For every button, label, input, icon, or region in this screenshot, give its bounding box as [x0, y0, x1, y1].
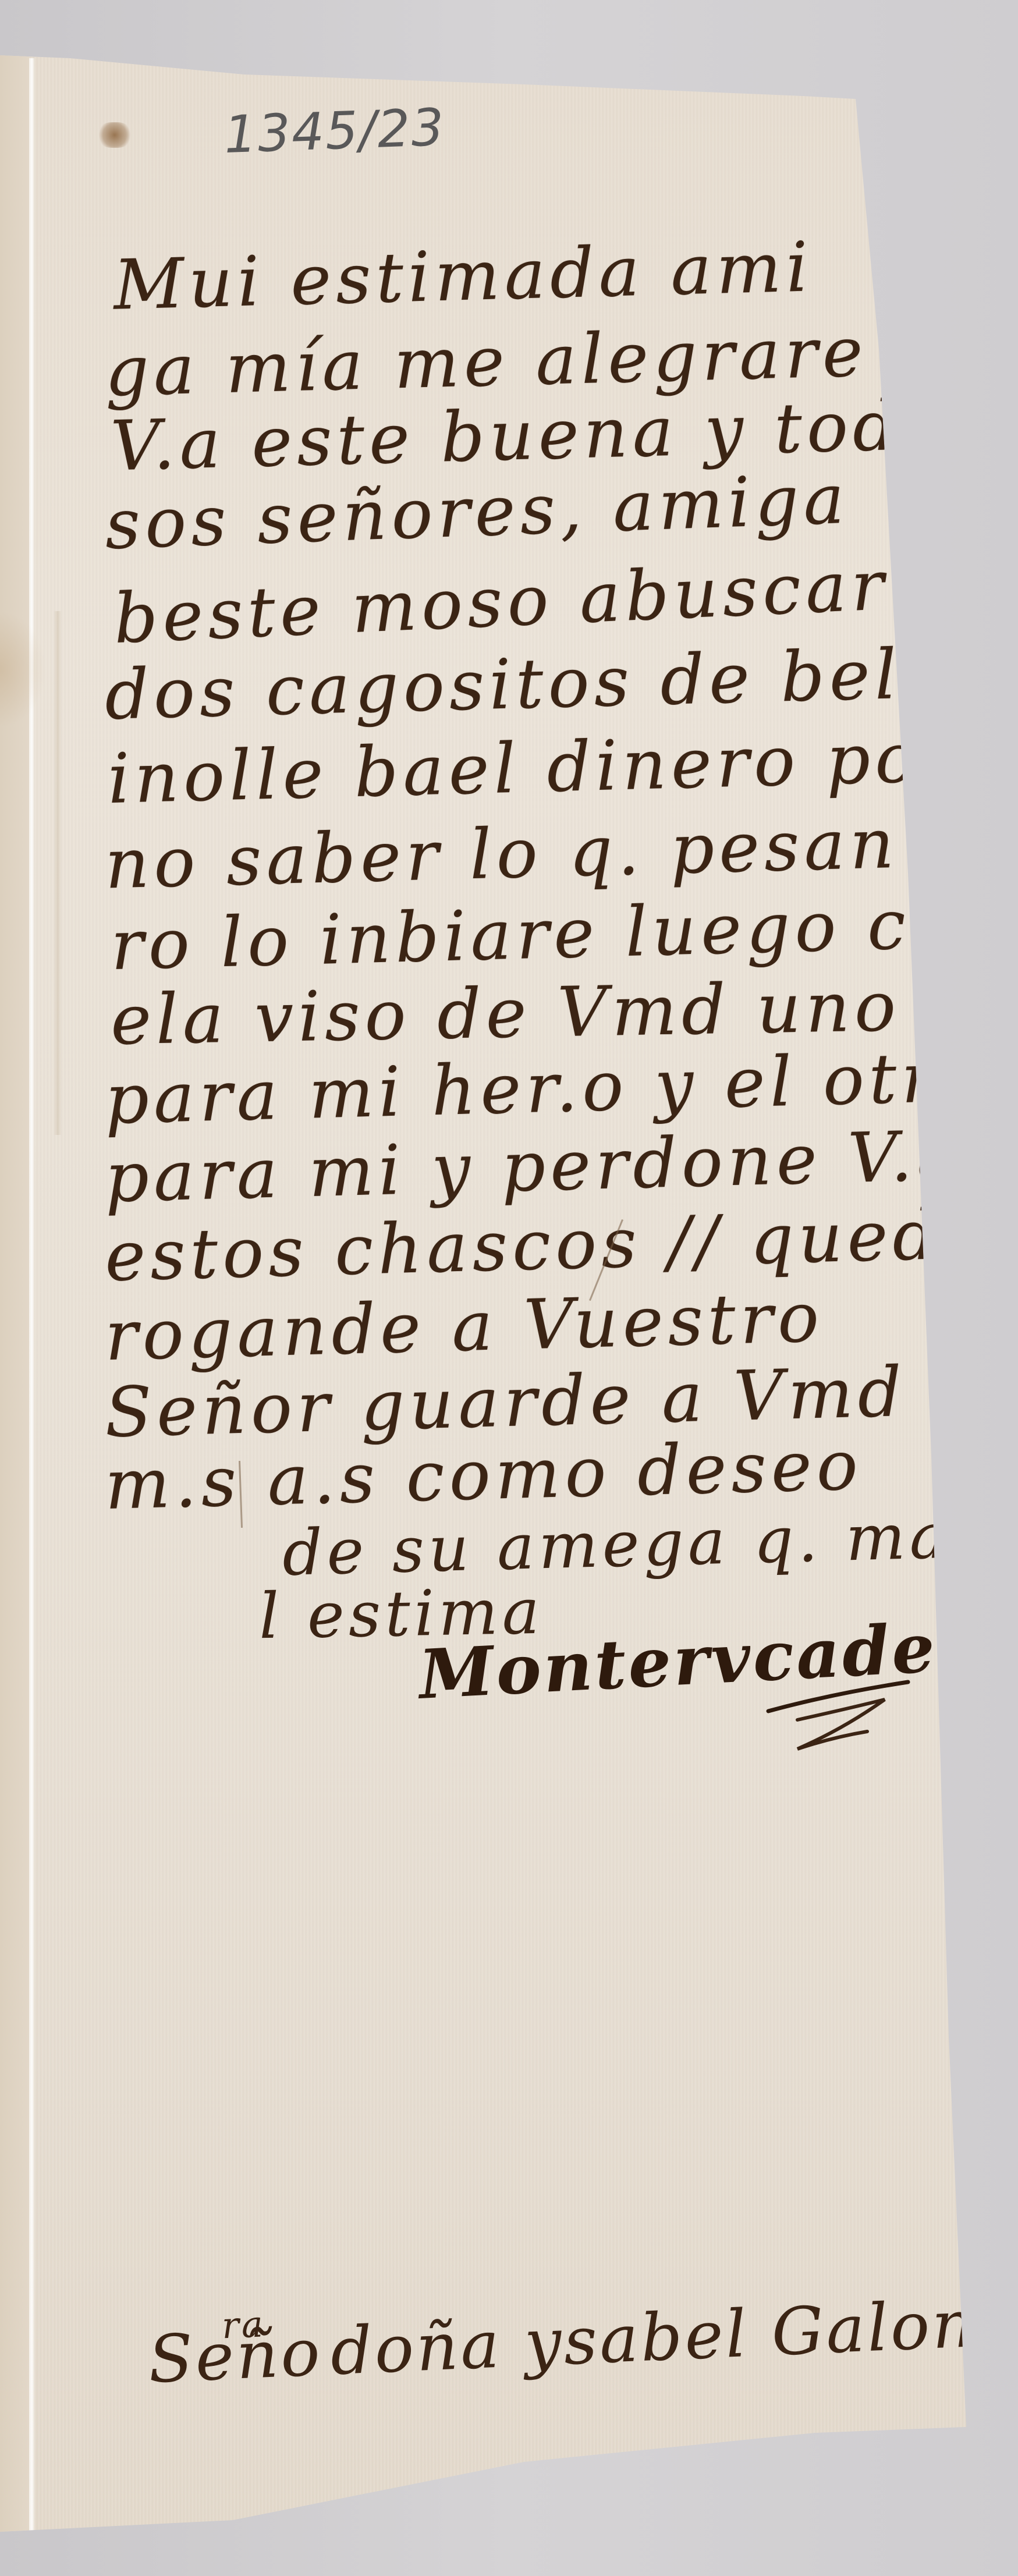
- signature-rubric-icon: [762, 1676, 914, 1764]
- address-name: doña ysabel Galon: [329, 2286, 978, 2390]
- letter-line: estos chascos // quedo: [104, 1199, 988, 1291]
- paper-stain: [0, 611, 47, 728]
- closing-line: de su amega q. mas: [282, 1504, 988, 1585]
- address-superscript: ra: [221, 2302, 267, 2347]
- archive-number: 1345/23: [223, 97, 446, 165]
- folded-edge-strip: [0, 55, 29, 2532]
- ink-blot-icon: [98, 122, 132, 148]
- letter-line: Mui estimada ami: [113, 232, 814, 319]
- letter-paper: 1345/23 Mui estimada ami ga mía me alegr…: [0, 0, 1018, 2576]
- addressee-line: Señoradoña ysabel Galon: [147, 2286, 978, 2398]
- paper-fold-shadow: [54, 611, 62, 1135]
- letter-line: ro lo inbiare luego con: [110, 888, 1006, 980]
- letter-line: inolle bael dinero por: [107, 722, 959, 813]
- paper-fold-crease: [29, 58, 35, 2532]
- letter-line: dos cagositos de belas: [104, 637, 988, 729]
